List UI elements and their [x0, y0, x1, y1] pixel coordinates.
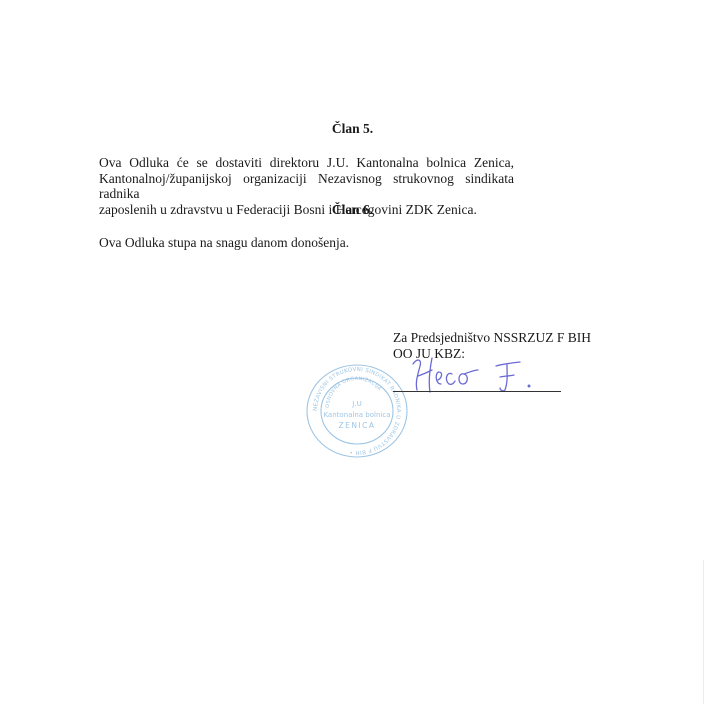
page-edge	[703, 560, 704, 704]
stamp-center-line-1: J.U	[351, 400, 361, 408]
signatory-line-1: Za Predsjedništvo NSSRZUZ F BIH	[393, 330, 591, 346]
article-5-heading: Član 5.	[0, 121, 705, 137]
handwritten-signature	[408, 350, 558, 395]
article-6-paragraph: Ova Odluka stupa na snagu danom donošenj…	[99, 235, 514, 251]
article-5-line-2: Kantonalnoj/županijskoj organizaciji Nez…	[99, 171, 514, 202]
stamp-center-line-3: ZENICA	[338, 421, 375, 430]
stamp-center-line-2: Kantonalna bolnica	[323, 411, 390, 419]
article-5-line-1: Ova Odluka će se dostaviti direktoru J.U…	[99, 155, 514, 171]
document-page: Član 5. Ova Odluka će se dostaviti direk…	[0, 0, 705, 704]
signature-line	[393, 391, 561, 392]
official-stamp: NEZAVISNI STRUKOVNI SINDIKAT RADNIKA U Z…	[304, 362, 410, 460]
article-6-heading: Član 6.	[0, 202, 705, 218]
